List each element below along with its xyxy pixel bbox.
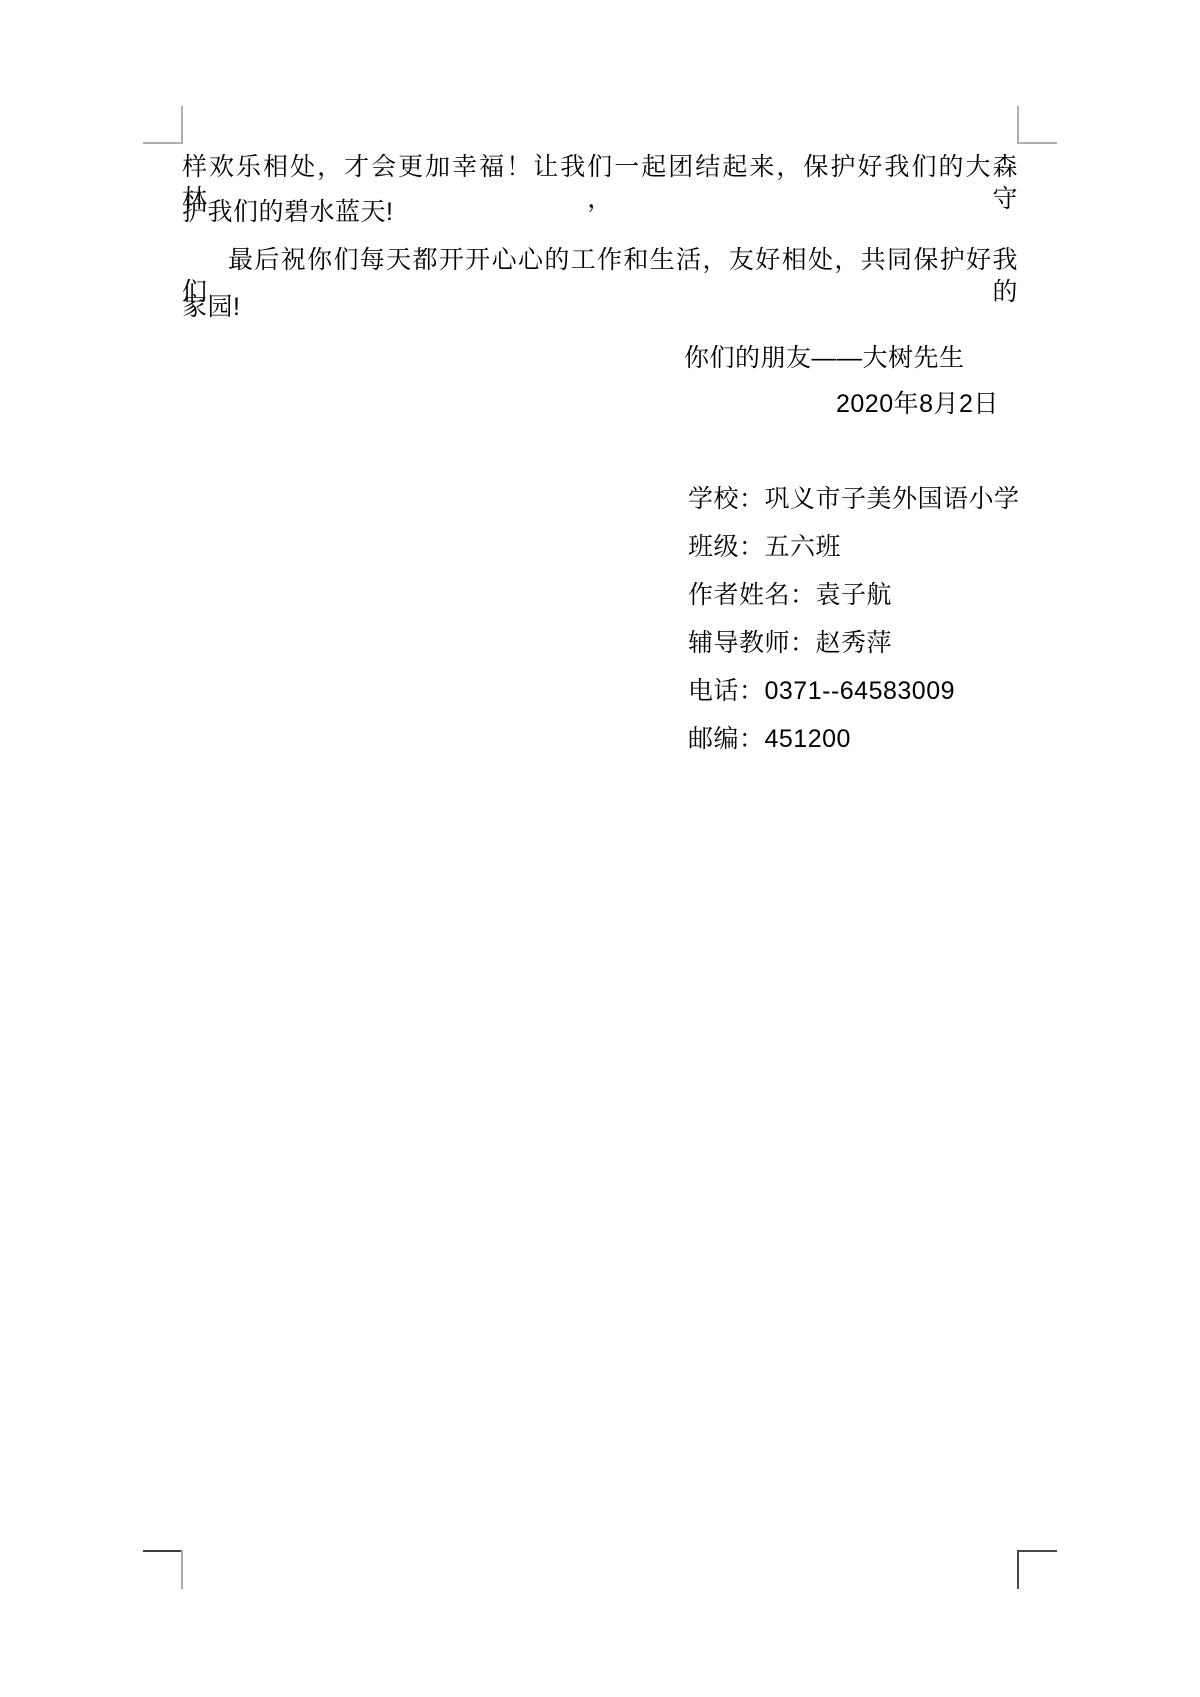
- body-line-4: 家园!: [182, 291, 240, 323]
- info-line-author-name: 作者姓名：袁子航: [688, 579, 892, 611]
- body-line-2: 护我们的碧水蓝天!: [182, 196, 393, 228]
- body-line-3: 最后祝你们每天都开开心心的工作和生活，友好相处，共同保护好我们的: [182, 244, 1018, 308]
- info-line-teacher: 辅导教师：赵秀萍: [688, 627, 892, 659]
- crop-mark-bottom-left-vertical-arm: [181, 1550, 183, 1589]
- info-line-postcode: 邮编：451200: [688, 723, 851, 755]
- document-page: 样欢乐相处，才会更加幸福！让我们一起团结起来，保护好我们的大森林，守 护我们的碧…: [0, 0, 1200, 1697]
- info-line-school: 学校：巩义市子美外国语小学: [688, 483, 1020, 515]
- crop-mark-top-right-vertical-arm: [1017, 106, 1019, 144]
- info-line-phone: 电话：0371--64583009: [688, 675, 955, 707]
- info-line-class: 班级：五六班: [688, 531, 841, 563]
- crop-mark-top-left-vertical-arm: [181, 106, 183, 144]
- signature-line: 你们的朋友——大树先生: [684, 342, 965, 374]
- date-line: 2020年8月2日: [836, 388, 999, 420]
- crop-mark-top-left-horizontal-arm: [143, 142, 183, 144]
- crop-mark-bottom-right-horizontal-arm: [1017, 1550, 1057, 1552]
- crop-mark-top-right-horizontal-arm: [1017, 142, 1057, 144]
- crop-mark-bottom-right-vertical-arm: [1017, 1550, 1019, 1589]
- crop-mark-bottom-left-horizontal-arm: [143, 1550, 183, 1552]
